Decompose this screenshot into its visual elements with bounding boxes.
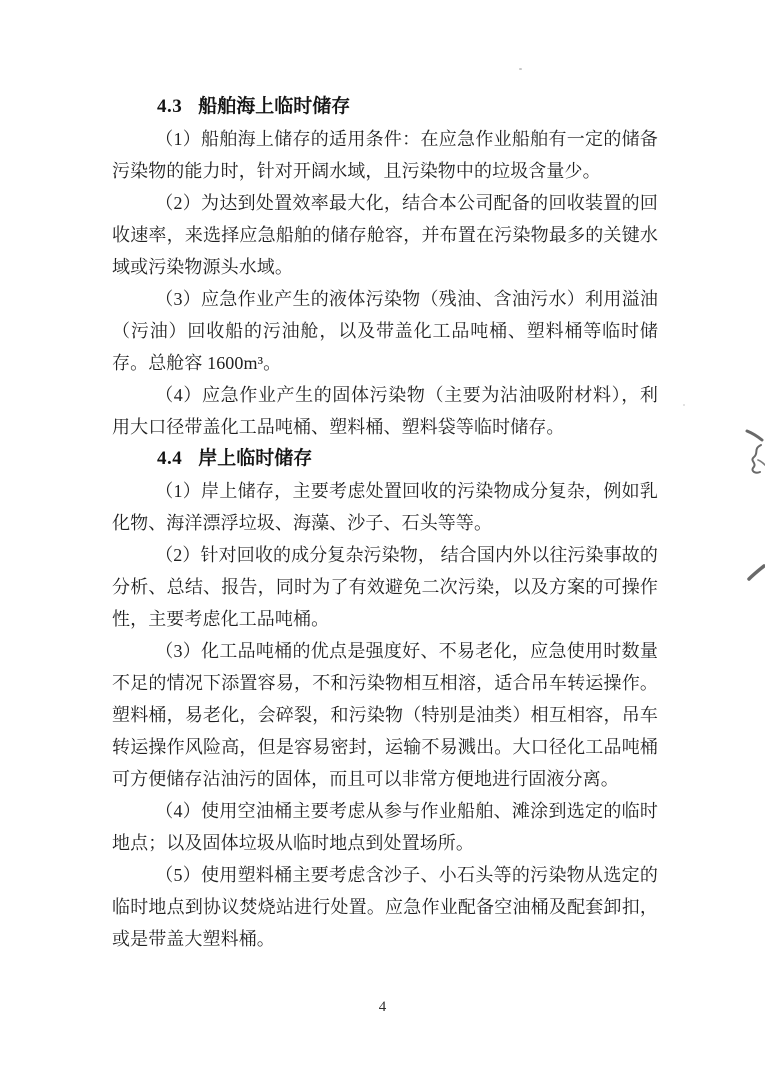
handwriting-mark-icon bbox=[747, 560, 765, 584]
section-title: 船舶海上临时储存 bbox=[198, 96, 350, 117]
document-body: 4.3船舶海上临时储存 （1）船舶海上储存的适用条件：在应急作业船舶有一定的储备… bbox=[112, 91, 658, 955]
section-heading-4-3: 4.3船舶海上临时储存 bbox=[112, 91, 658, 123]
section-title: 岸上临时储存 bbox=[198, 448, 312, 469]
paragraph: （1）船舶海上储存的适用条件：在应急作业船舶有一定的储备污染物的能力时，针对开阔… bbox=[112, 123, 658, 187]
scan-speck bbox=[519, 68, 522, 70]
section-number: 4.3 bbox=[157, 96, 182, 117]
paragraph: （4）应急作业产生的固体污染物（主要为沾油吸附材料），利用大口径带盖化工品吨桶、… bbox=[112, 379, 658, 443]
document-page: 4.3船舶海上临时储存 （1）船舶海上储存的适用条件：在应急作业船舶有一定的储备… bbox=[0, 0, 765, 1081]
paragraph: （3）化工品吨桶的优点是强度好、不易老化，应急使用时数量不足的情况下添置容易，不… bbox=[112, 635, 658, 795]
scan-speck bbox=[683, 404, 685, 406]
section-4-4: 4.4岸上临时储存 （1）岸上储存，主要考虑处置回收的污染物成分复杂，例如乳化物… bbox=[112, 443, 658, 955]
section-4-3: 4.3船舶海上临时储存 （1）船舶海上储存的适用条件：在应急作业船舶有一定的储备… bbox=[112, 91, 658, 443]
paragraph: （2）为达到处置效率最大化，结合本公司配备的回收装置的回收速率，来选择应急船舶的… bbox=[112, 187, 658, 283]
section-number: 4.4 bbox=[157, 448, 182, 469]
paragraph: （1）岸上储存，主要考虑处置回收的污染物成分复杂，例如乳化物、海洋漂浮垃圾、海藻… bbox=[112, 475, 658, 539]
paragraph: （2）针对回收的成分复杂污染物， 结合国内外以往污染事故的分析、总结、报告，同时… bbox=[112, 539, 658, 635]
section-heading-4-4: 4.4岸上临时储存 bbox=[112, 443, 658, 475]
page-number: 4 bbox=[0, 999, 765, 1016]
paragraph: （5）使用塑料桶主要考虑含沙子、小石头等的污染物从选定的临时地点到协议焚烧站进行… bbox=[112, 859, 658, 955]
paragraph: （4）使用空油桶主要考虑从参与作业船舶、滩涂到选定的临时地点；以及固体垃圾从临时… bbox=[112, 795, 658, 859]
paragraph: （3）应急作业产生的液体污染物（残油、含油污水）利用溢油（污油）回收船的污油舱，… bbox=[112, 283, 658, 379]
handwriting-mark-icon bbox=[744, 427, 765, 477]
